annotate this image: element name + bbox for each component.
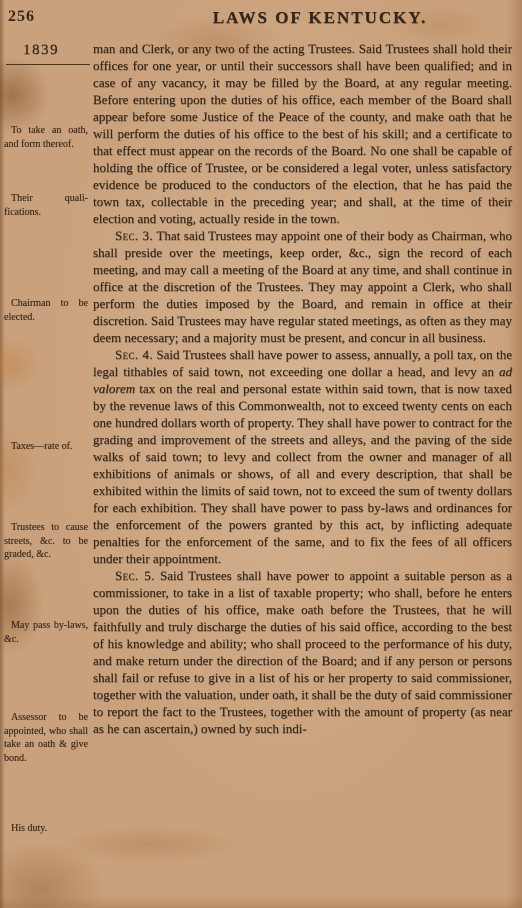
margin-note-bylaws: May pass by-laws, &c. <box>4 619 88 646</box>
paragraph-continuation: man and Clerk, or any two of the acting … <box>93 40 512 227</box>
paragraph-text: man and Clerk, or any two of the acting … <box>93 41 512 226</box>
margin-note-his-duty: His duty. <box>4 822 88 836</box>
section-label: Sec. 3. <box>115 228 153 243</box>
margin-note-taxes: Taxes—rate of. <box>4 440 88 454</box>
margin-note-oath: To take an oath, and form thereof. <box>4 124 88 151</box>
paragraph-text: Said Trustees shall have power to assess… <box>93 347 512 379</box>
margin-note-streets: Trustees to cause streets, &c. to be gra… <box>4 521 88 562</box>
paragraph-sec-3: Sec. 3. That said Trustees may appoint o… <box>93 227 512 346</box>
paragraph-sec-4: Sec. 4. Said Trustees shall have power t… <box>93 346 512 567</box>
paragraph-text: That said Trustees may appoint one of th… <box>93 228 512 345</box>
book-page-scan: 256 LAWS OF KENTUCKY. 1839 To take an oa… <box>0 0 522 908</box>
margin-note-assessor: Assessor to be appointed, who shall take… <box>4 711 88 765</box>
paragraph-text: Said Trustees shall have power to appoin… <box>93 568 512 736</box>
year-rule <box>6 64 90 65</box>
year-label: 1839 <box>10 42 72 59</box>
section-label: Sec. 5. <box>115 568 155 583</box>
main-text-column: man and Clerk, or any two of the acting … <box>93 40 512 737</box>
running-title: LAWS OF KENTUCKY. <box>213 8 428 28</box>
margin-note-qualifications: Their quali­fications. <box>4 192 88 219</box>
page-number: 256 <box>8 8 35 26</box>
margin-note-chairman: Chairman to be elected. <box>4 297 88 324</box>
paragraph-sec-5: Sec. 5. Said Trustees shall have power t… <box>93 567 512 737</box>
paragraph-text: tax on the real and personal estate with… <box>93 381 512 566</box>
section-label: Sec. 4. <box>115 347 153 362</box>
